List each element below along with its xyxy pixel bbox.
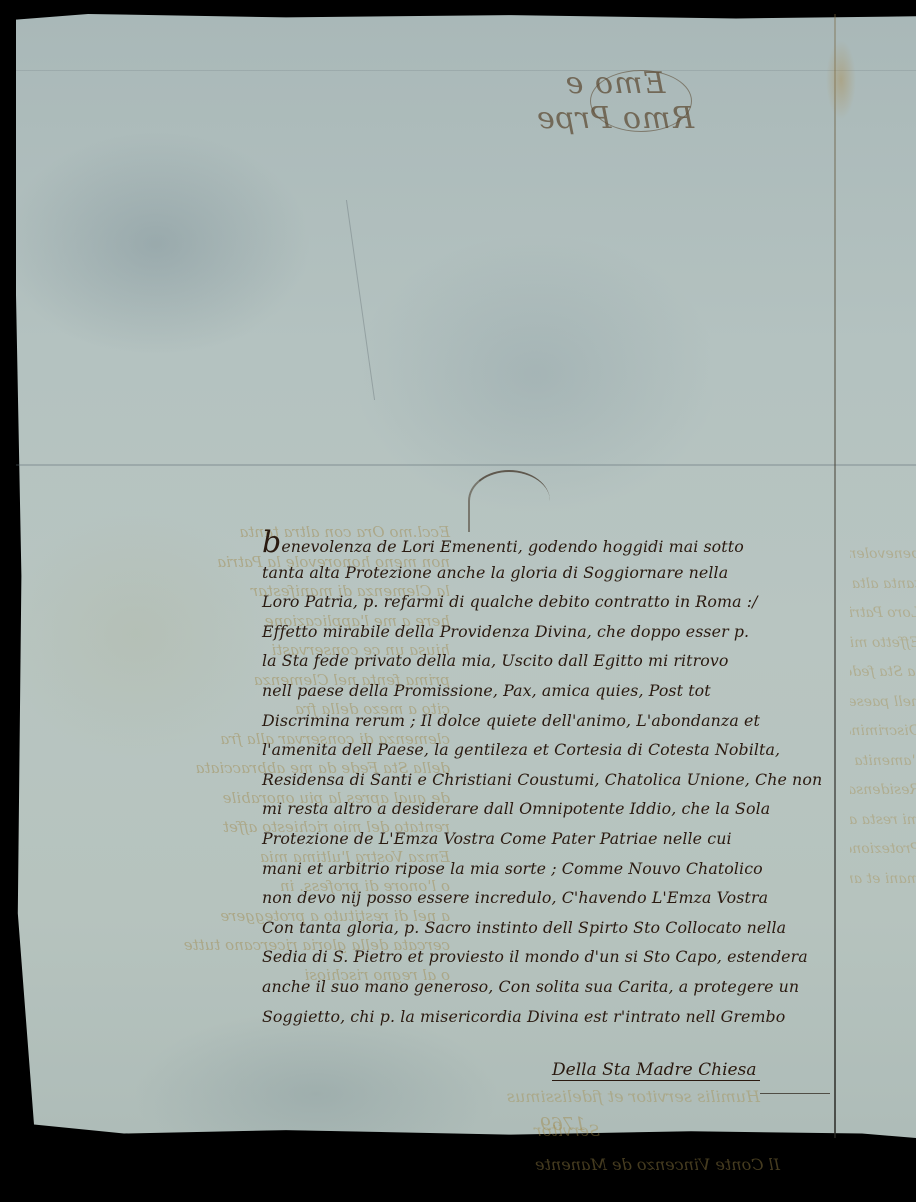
bleed-line: Effetto mirabile della Providenza Divina… <box>850 629 916 659</box>
letter-line: nell paese della Promissione, Pax, amica… <box>262 676 842 706</box>
letter-line: Protezione de L'Emza Vostra Come Pater P… <box>262 824 842 854</box>
letter-line: mi resta altro a desiderare dall Omnipot… <box>262 794 842 824</box>
letter-line: Con tanta gloria, p. Sacro instinto dell… <box>262 913 842 943</box>
letter-line: la Sta fede privato della mia, Uscito da… <box>262 646 842 676</box>
letter-line: Effetto mirabile della Providenza Divina… <box>262 617 842 647</box>
bleed-line: Humilis servitor et fidelissimus <box>80 1080 800 1114</box>
bleed-through-bottom: Humilis servitor et fidelissimus Servito… <box>80 1080 800 1182</box>
closing-dash <box>760 1093 830 1094</box>
bleed-line: Residensa di Santi e Christiani Coustumi… <box>850 776 916 806</box>
bleed-line: mani et arbitrio ripose la mia sorte ; C… <box>850 865 916 895</box>
bleed-line: Loro Patria, p. refarmi di qualche debit… <box>850 599 916 629</box>
bleed-line: la Sta fede privato della mia, Uscito da… <box>850 658 916 688</box>
bleed-line: mi resta altro a desiderare dall Omnipot… <box>850 806 916 836</box>
letter-line: Discrimina rerum ; Il dolce quiete dell'… <box>262 706 842 736</box>
letter-body: benevolenza de Lori Emenenti, godendo ho… <box>262 528 842 1031</box>
bleed-line: l'amenita dell Paese, la gentileza et Co… <box>850 747 916 777</box>
bleed-date: 1769 <box>540 1110 586 1140</box>
letter-line: l'amenita dell Paese, la gentileza et Co… <box>262 735 842 765</box>
bleed-line: benevolenza de Lori Emenenti, godendo ho… <box>850 540 916 570</box>
bleed-line: tanta alta Protezione anche la gloria di… <box>850 570 916 600</box>
letter-line: Sedia di S. Pietro et proviesto il mondo… <box>262 942 842 972</box>
bleed-through-right: benevolenza de Lori Emenenti, godendo ho… <box>850 540 916 894</box>
fold-crease-middle <box>16 464 916 466</box>
letter-line: benevolenza de Lori Emenenti, godendo ho… <box>262 528 842 558</box>
letter-line: Residensa di Santi e Christiani Coustumi… <box>262 765 842 795</box>
bleed-line: Protezione de L'Emza Vostra Come Pater P… <box>850 835 916 865</box>
letter-line: anche il suo mano generoso, Con solita s… <box>262 972 842 1002</box>
closing-line: Della Sta Madre Chiesa <box>552 1060 760 1081</box>
bleed-line: Servitor <box>80 1114 800 1148</box>
letter-line: mani et arbitrio ripose la mia sorte ; C… <box>262 854 842 884</box>
bleed-line: Discrimina rerum ; Il dolce quiete dell'… <box>850 717 916 747</box>
letter-line: Soggietto, chi p. la misericordia Divina… <box>262 1002 842 1032</box>
letter-line: Loro Patria, p. refarmi di qualche debit… <box>262 587 842 617</box>
bleed-line: nell paese della Promissione, Pax, amica… <box>850 688 916 718</box>
salutation-heading: Emo e Rmo Prpe <box>530 66 700 126</box>
fold-crease-top <box>16 70 916 71</box>
letter-line: tanta alta Protezione anche la gloria di… <box>262 558 842 588</box>
water-stain <box>826 40 856 120</box>
bleed-line: Il Conte Vincenzo de Manente <box>80 1148 800 1182</box>
initial-flourish <box>468 470 550 532</box>
letter-line: non devo nij posso essere incredulo, C'h… <box>262 883 842 913</box>
